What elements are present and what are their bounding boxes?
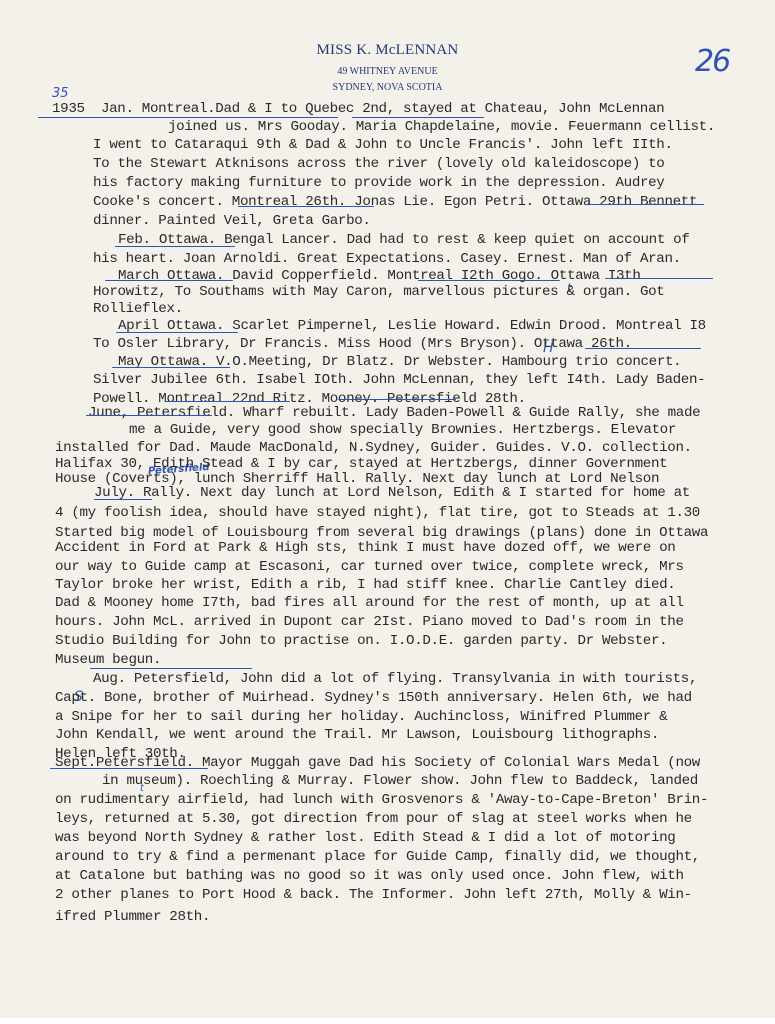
diary-line: Museum begun. [55,652,161,668]
pen-underline-feb-ottawa [115,246,235,247]
pen-underline-montreal-26 [238,206,374,207]
diary-line: 1935 Jan. Montreal.Dad & I to Quebec 2nd… [52,101,664,117]
letterhead-city: SYDNEY, NOVA SCOTIA [0,82,775,93]
pen-underline-ottawa-29 [586,204,704,205]
pen-underline-ottawa-26 [585,348,701,349]
diary-line: installed for Dad. Maude MacDonald, N.Sy… [55,440,692,456]
diary-line: on rudimentary airfield, had lunch with … [55,792,708,808]
diary-line: Capt. Bone, brother of Muirhead. Sydney'… [55,690,692,706]
diary-line: ifred Plummer 28th. [55,909,210,925]
diary-line: joined us. Mrs Gooday. Maria Chapdelaine… [168,119,715,135]
pen-underline-montreal-12 [418,280,560,281]
diary-line: at Catalone but bathing was no good so i… [55,868,684,884]
diary-line: his factory making furniture to provide … [93,175,664,191]
pen-underline-july [94,499,152,500]
diary-line: June, Petersfield. Wharf rebuilt. Lady B… [88,405,700,421]
pen-underline-montreal-22 [165,401,290,402]
diary-line: Dad & Mooney home I7th, bad fires all ar… [55,595,684,611]
diary-line: March Ottawa. David Copperfield. Montrea… [118,268,641,284]
handwritten-page-number: 26 [695,44,729,79]
diary-line: 4 (my foolish idea, should have stayed n… [55,505,700,521]
pen-underline-ottawa-13 [605,278,713,279]
pen-underline-march-ottawa [105,280,233,281]
diary-line: Horowitz, To Southams with May Caron, ma… [93,284,664,300]
diary-line: Halifax 30, Edith Stead & I by car, stay… [55,456,667,472]
diary-line: Aug. Petersfield, John did a lot of flyi… [93,671,697,687]
pen-underline-petersfield-28 [338,399,456,400]
diary-line: a Snipe for her to sail during her holid… [55,709,667,725]
pen-underline-aug-petersfield [90,668,252,669]
letterhead-name: MISS K. McLENNAN [0,42,775,59]
diary-line: hours. John McL. arrived in Dupont car 2… [55,614,684,630]
handwritten-year-correction: 35 [52,86,69,101]
diary-line: Studio Building for John to practise on.… [55,633,667,649]
diary-line: To the Stewart Atknisons across the rive… [93,156,664,172]
diary-line: in museum). Roechling & Murray. Flower s… [102,773,698,789]
pen-underline-may-ottawa [112,367,230,368]
letter-page: MISS K. McLENNAN 49 WHITNEY AVENUE SYDNE… [0,0,775,1018]
diary-line: me a Guide, very good show specially Bro… [129,422,676,438]
diary-line: was beyond North Sydney & rather lost. E… [55,830,675,846]
diary-line: Accident in Ford at Park & High sts, thi… [55,540,675,556]
diary-line: To Osler Library, Dr Francis. Miss Hood … [93,336,632,352]
diary-line: 2 other planes to Port Hood & back. The … [55,887,692,903]
pen-underline-april-ottawa [116,332,238,333]
pen-underline-jan-montreal [38,117,338,118]
diary-line: his heart. Joan Arnoldi. Great Expectati… [93,251,681,267]
pen-underline-june-petersfield [86,415,212,416]
diary-line: Silver Jubilee 6th. Isabel IOth. John Mc… [93,372,705,388]
letterhead-address: 49 WHITNEY AVENUE [0,66,775,77]
diary-line: dinner. Painted Veil, Greta Garbo. [93,213,371,229]
diary-line: John Kendall, we went around the Trail. … [55,727,659,743]
diary-line: our way to Guide camp at Escasoni, car t… [55,559,684,575]
diary-line: Cooke's concert. Montreal 26th. Jonas Li… [93,194,697,210]
pen-underline-quebec [352,117,484,118]
pen-underline-sept-petersfield [50,768,208,769]
diary-line: July. Rally. Next day lunch at Lord Nels… [94,485,690,501]
diary-line: Started big model of Louisbourg from sev… [55,525,708,541]
diary-line: Rollieflex. [93,301,183,317]
diary-line: I went to Cataraqui 9th & Dad & John to … [93,137,673,153]
diary-line: leys, returned at 5.30, got direction fr… [55,811,692,827]
diary-line: around to try & find a permenant place f… [55,849,700,865]
diary-line: Taylor broke her wrist, Edith a rib, I h… [55,577,675,593]
